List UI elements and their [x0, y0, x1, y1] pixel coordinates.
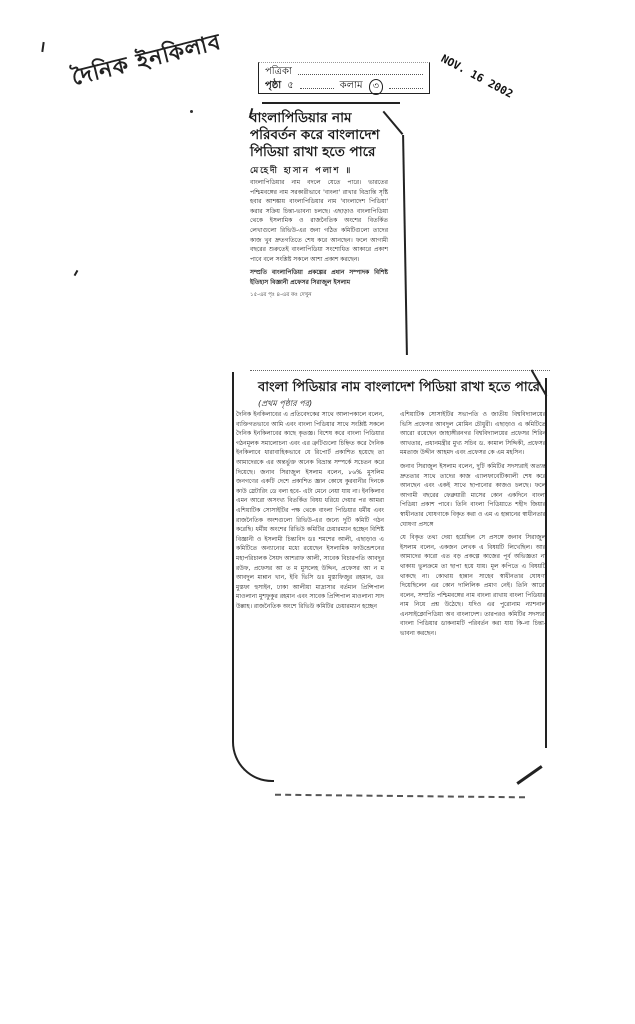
top-article-headline: বাংলাপিডিয়ার নাম পরিবর্তন করে বাংলাদেশ …	[250, 110, 388, 161]
stamp-fill-line	[300, 79, 334, 89]
paragraph: দৈনিক ইনকিলাবের এ প্রতিবেদকের সাথে আলাপক…	[236, 410, 384, 611]
stamp-column-value: ৩	[369, 79, 384, 95]
stamp-row-newspaper: পত্রিকা	[265, 65, 423, 79]
paragraph: যে বিকৃত তথ্য দেয়া হয়েছিল সে প্রসঙ্গে …	[400, 533, 546, 639]
bottom-article-left-curve	[232, 740, 274, 782]
bottom-article-right-arrow	[516, 765, 542, 785]
bottom-article-left-column: দৈনিক ইনকিলাবের এ প্রতিবেদকের সাথে আলাপক…	[236, 410, 384, 615]
bottom-article-right-column: এশিয়াটিক সোসাইটির সভাপতি ও জাতীয় বিশ্ব…	[400, 410, 546, 643]
paragraph: জনাব সিরাজুল ইসলাম বলেন, দুটি কমিটির সদস…	[400, 462, 546, 529]
margin-mark	[74, 270, 79, 276]
speck	[190, 110, 193, 113]
page-column-stamp: পত্রিকা পৃষ্ঠা ৫ কলাম ৩	[258, 62, 430, 94]
margin-mark	[41, 42, 44, 52]
top-article-top-border	[262, 102, 400, 104]
bottom-article-headline: বাংলা পিডিয়ার নাম বাংলাদেশ পিডিয়া রাখা…	[258, 378, 548, 399]
top-article: বাংলাপিডিয়ার নাম পরিবর্তন করে বাংলাদেশ …	[250, 110, 388, 300]
bottom-article-top-border	[250, 370, 550, 372]
stamp-fill-line	[389, 79, 423, 89]
stamp-page-label: পৃষ্ঠা	[265, 79, 281, 95]
date-stamp: NOV. 16 2002	[439, 52, 515, 101]
stamp-column-label: কলাম	[340, 79, 363, 95]
stamp-newspaper-label: পত্রিকা	[265, 65, 292, 79]
stamp-fill-line	[298, 65, 423, 75]
newspaper-masthead: দৈনিক ইনকিলাব	[68, 25, 226, 98]
cut-line	[275, 794, 525, 799]
stamp-page-value: ৫	[287, 79, 294, 95]
bottom-article-left-border	[232, 372, 234, 742]
top-article-right-border	[402, 135, 407, 355]
paragraph: বাংলাপিডিয়ার নাম বদলে যেতে পারে। ভারতের…	[250, 178, 388, 264]
paragraph: সম্প্রতি বাংলাপিডিয়া প্রকল্পের প্রধান স…	[250, 268, 388, 287]
paragraph: এশিয়াটিক সোসাইটির সভাপতি ও জাতীয় বিশ্ব…	[400, 410, 546, 458]
continuation-note: ১৫-এর পৃঃ ৪-এর কঃ দেখুন	[250, 292, 388, 300]
top-article-byline: মেহেদী হাসান পলাশ ॥	[250, 164, 388, 178]
stamp-row-page-column: পৃষ্ঠা ৫ কলাম ৩	[265, 79, 423, 95]
top-article-body: বাংলাপিডিয়ার নাম বদলে যেতে পারে। ভারতের…	[250, 178, 388, 288]
